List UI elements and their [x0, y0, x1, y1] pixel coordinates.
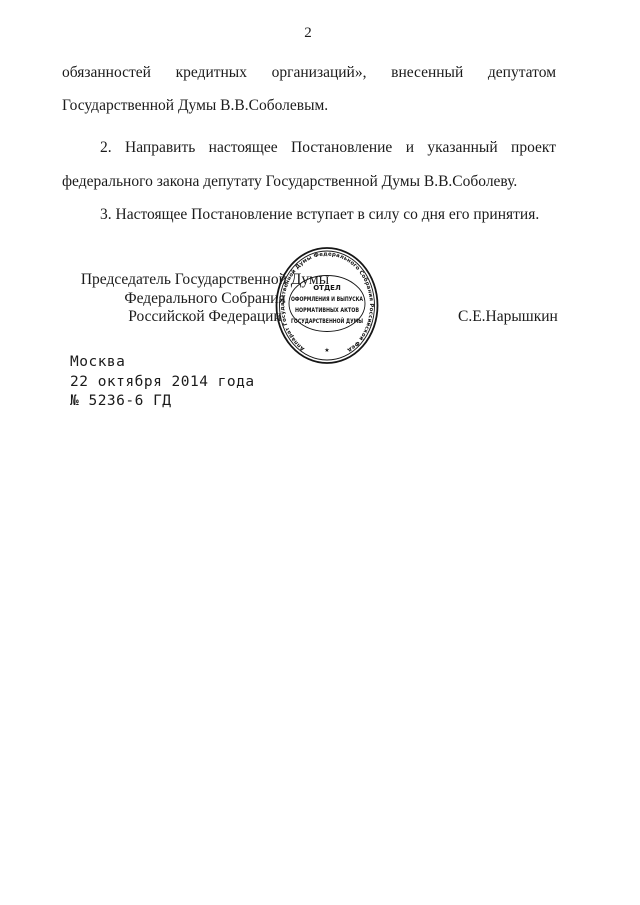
footer-city: Москва: [70, 353, 255, 373]
signatory-name: С.Е.Нарышкин: [458, 308, 558, 326]
paragraph3-line1: 3. Настоящее Постановление вступает в си…: [100, 206, 539, 223]
document-page: 2 обязанностей кредитных организаций», в…: [0, 0, 640, 905]
stamp-center-line3: НОРМАТИВНЫХ АКТОВ: [295, 307, 359, 314]
stamp-icon: Аппарат Государственной Думы Федеральног…: [275, 246, 379, 365]
page-number: 2: [0, 25, 616, 42]
stamp-center-line1: ОТДЕЛ: [313, 284, 341, 292]
paragraph1-line2: Государственной Думы В.В.Соболевым.: [62, 97, 328, 114]
paragraph2-line1: 2. Направить настоящее Постановление и у…: [100, 139, 556, 156]
official-stamp-seal: Аппарат Государственной Думы Федеральног…: [275, 246, 379, 365]
stamp-center-line2: ОФОРМЛЕНИЯ И ВЫПУСКА: [291, 296, 363, 303]
footer-doc-number: № 5236-6 ГД: [70, 392, 255, 412]
paragraph2-line2: федерального закона депутату Государстве…: [62, 173, 517, 190]
footer-date: 22 октября 2014 года: [70, 373, 255, 393]
footer-block: Москва 22 октября 2014 года № 5236-6 ГД: [70, 353, 255, 412]
stamp-star-icon: ★: [324, 347, 329, 354]
paragraph1-line1: обязанностей кредитных организаций», вне…: [62, 64, 556, 81]
stamp-center-line4: ГОСУДАРСТВЕННОЙ ДУМЫ: [291, 316, 363, 325]
stamp-outer-ring: [277, 248, 378, 363]
